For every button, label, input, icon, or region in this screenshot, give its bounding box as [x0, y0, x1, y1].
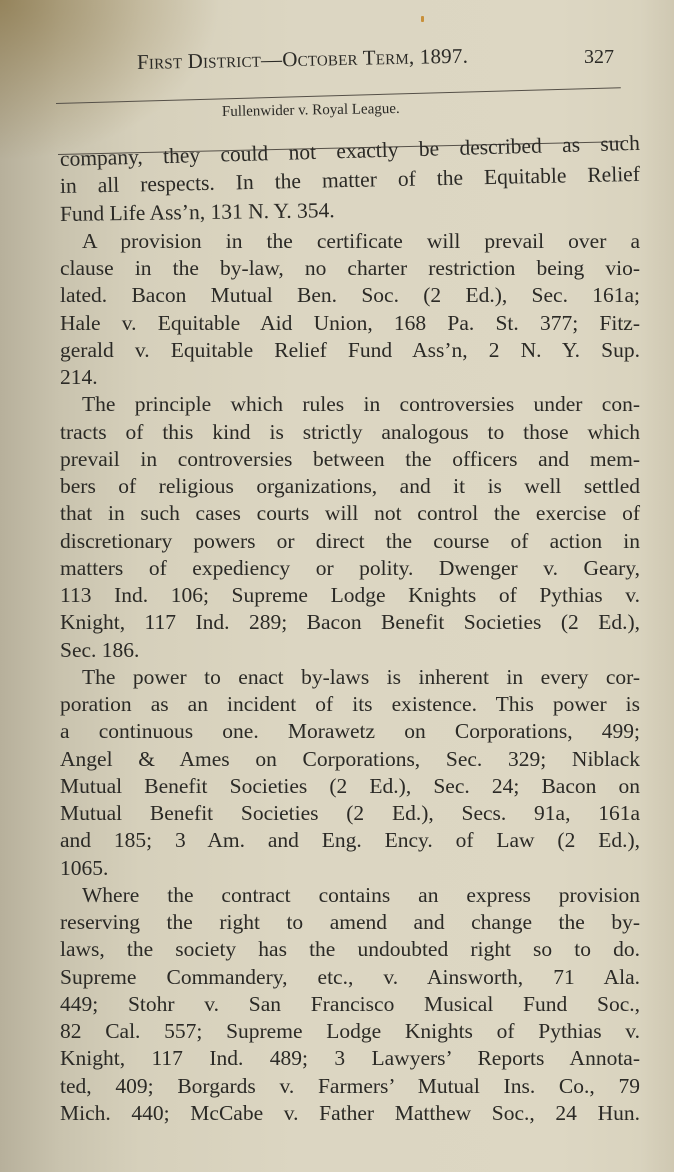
text-line-content: Sec. 186.: [60, 637, 640, 664]
text-line: and 185; 3 Am. and Eng. Ency. of Law (2 …: [60, 827, 640, 854]
text-line: Knight, 117 Ind. 489; 3 Lawyers’ Reports…: [60, 1045, 640, 1072]
text-line: 214.: [60, 364, 640, 391]
text-line: lated. Bacon Mutual Ben. Soc. (2 Ed.), S…: [60, 282, 640, 309]
text-line: that in such cases courts will not contr…: [60, 500, 640, 527]
text-line-content: Angel & Ames on Corporations, Sec. 329; …: [60, 746, 640, 773]
body-text: company, they could not exactly be descr…: [60, 146, 640, 1127]
text-line-content: tracts of this kind is strictly analogou…: [60, 419, 640, 446]
text-line: prevail in controversies between the off…: [60, 446, 640, 473]
text-line-content: laws, the society has the undoubted righ…: [60, 936, 640, 963]
header-title: First District—October Term, 1897.: [137, 44, 468, 74]
text-line: a continuous one. Morawetz on Corporatio…: [60, 718, 640, 745]
text-line-content: a continuous one. Morawetz on Corporatio…: [60, 718, 640, 745]
text-line: Hale v. Equitable Aid Union, 168 Pa. St.…: [60, 310, 640, 337]
text-line-content: clause in the by-law, no charter restric…: [60, 255, 640, 282]
text-line-content: Hale v. Equitable Aid Union, 168 Pa. St.…: [60, 310, 640, 337]
text-line-content: 82 Cal. 557; Supreme Lodge Knights of Py…: [60, 1018, 640, 1045]
text-line-content: reserving the right to amend and change …: [60, 909, 640, 936]
text-line-content: Knight, 117 Ind. 289; Bacon Benefit Soci…: [60, 609, 640, 636]
text-line: Sec. 186.: [60, 637, 640, 664]
text-line: ted, 409; Borgards v. Farmers’ Mutual In…: [60, 1073, 640, 1100]
page-header: First District—October Term, 1897.: [137, 41, 617, 75]
text-line: laws, the society has the undoubted righ…: [60, 936, 640, 963]
text-line: 1065.: [60, 855, 640, 882]
page-number: 327: [584, 46, 614, 69]
text-line-content: and 185; 3 Am. and Eng. Ency. of Law (2 …: [60, 827, 640, 854]
text-line: Knight, 117 Ind. 289; Bacon Benefit Soci…: [60, 609, 640, 636]
text-line-content: 1065.: [60, 855, 640, 882]
text-line-content: lated. Bacon Mutual Ben. Soc. (2 Ed.), S…: [60, 282, 640, 309]
text-line-content: discretionary powers or direct the cours…: [60, 528, 640, 555]
text-line-content: bers of religious organizations, and it …: [60, 473, 640, 500]
text-line: tracts of this kind is strictly analogou…: [60, 419, 640, 446]
book-page: First District—October Term, 1897. 327 F…: [0, 0, 674, 1172]
text-line: A provision in the certificate will prev…: [60, 228, 640, 255]
text-line-content: 449; Stohr v. San Francisco Musical Fund…: [60, 991, 640, 1018]
text-line: The power to enact by-laws is inherent i…: [60, 664, 640, 691]
text-line-content: ted, 409; Borgards v. Farmers’ Mutual In…: [60, 1073, 640, 1100]
text-line-content: prevail in controversies between the off…: [60, 446, 640, 473]
running-title: Fullenwider v. Royal League.: [222, 101, 400, 121]
text-line-content: Knight, 117 Ind. 489; 3 Lawyers’ Reports…: [60, 1045, 640, 1072]
text-line-content: Where the contract contains an express p…: [82, 882, 640, 909]
text-line-content: Mich. 440; McCabe v. Father Matthew Soc.…: [60, 1100, 640, 1127]
text-line: bers of religious organizations, and it …: [60, 473, 640, 500]
text-line: reserving the right to amend and change …: [60, 909, 640, 936]
text-line: Mutual Benefit Societies (2 Ed.), Sec. 2…: [60, 773, 640, 800]
text-line: 449; Stohr v. San Francisco Musical Fund…: [60, 991, 640, 1018]
text-line: clause in the by-law, no charter restric…: [60, 255, 640, 282]
text-line: matters of expediency or polity. Dwenger…: [60, 555, 640, 582]
text-line-content: 214.: [60, 364, 640, 391]
text-line: Where the contract contains an express p…: [60, 882, 640, 909]
text-line: 113 Ind. 106; Supreme Lodge Knights of P…: [60, 582, 640, 609]
text-line-content: Supreme Commandery, etc., v. Ainsworth, …: [60, 964, 640, 991]
text-line-content: poration as an incident of its existence…: [60, 691, 640, 718]
text-line-content: that in such cases courts will not contr…: [60, 500, 640, 527]
text-line: Mutual Benefit Societies (2 Ed.), Secs. …: [60, 800, 640, 827]
text-line-content: Mutual Benefit Societies (2 Ed.), Secs. …: [60, 800, 640, 827]
text-line-content: gerald v. Equitable Relief Fund Ass’n, 2…: [60, 337, 640, 364]
text-line-content: The principle which rules in controversi…: [82, 391, 640, 418]
text-line-content: 113 Ind. 106; Supreme Lodge Knights of P…: [60, 582, 640, 609]
text-line: The principle which rules in controversi…: [60, 391, 640, 418]
text-line: Mich. 440; McCabe v. Father Matthew Soc.…: [60, 1100, 640, 1127]
text-line: discretionary powers or direct the cours…: [60, 528, 640, 555]
text-line-content: The power to enact by-laws is inherent i…: [82, 664, 640, 691]
text-line: Angel & Ames on Corporations, Sec. 329; …: [60, 746, 640, 773]
text-line: gerald v. Equitable Relief Fund Ass’n, 2…: [60, 337, 640, 364]
text-line-content: A provision in the certificate will prev…: [82, 228, 640, 255]
text-line-content: Mutual Benefit Societies (2 Ed.), Sec. 2…: [60, 773, 640, 800]
text-line: 82 Cal. 557; Supreme Lodge Knights of Py…: [60, 1018, 640, 1045]
text-line: Supreme Commandery, etc., v. Ainsworth, …: [60, 964, 640, 991]
text-line-content: matters of expediency or polity. Dwenger…: [60, 555, 640, 582]
paper-speck: [421, 16, 424, 22]
text-line: poration as an incident of its existence…: [60, 691, 640, 718]
